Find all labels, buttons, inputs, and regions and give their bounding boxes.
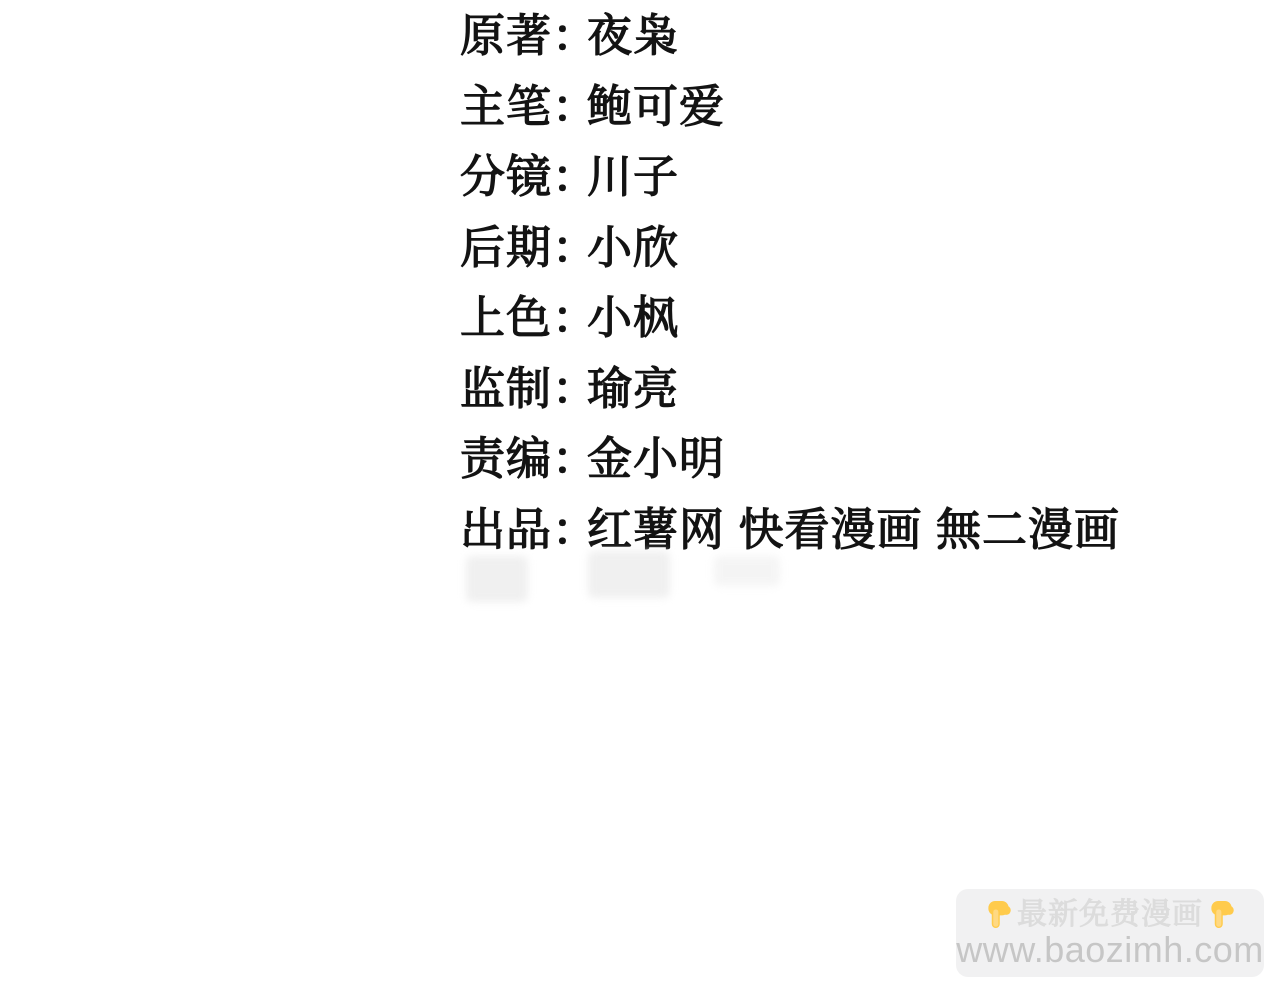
credit-name: 小枫 (587, 292, 679, 343)
watermark-url: www.baozimh.com (956, 932, 1264, 968)
credit-row: 出品：红薯网 快看漫画 無二漫画 (460, 495, 1120, 566)
credit-row: 后期：小欣 (460, 213, 1120, 284)
credit-row: 原著：夜枭 (460, 1, 1120, 72)
faded-text-remnant (588, 551, 670, 598)
credit-role-label: 主笔： (460, 72, 587, 143)
credit-name: 鲍可爱 (587, 81, 725, 132)
credit-row: 分镜：川子 (460, 142, 1120, 213)
credit-role-label: 后期： (460, 213, 587, 284)
faded-text-remnant (714, 556, 780, 586)
credit-role-label: 分镜： (460, 142, 587, 213)
credit-name: 红薯网 快看漫画 無二漫画 (587, 504, 1120, 555)
credit-name: 夜枭 (587, 10, 679, 61)
credit-row: 责编：金小明 (460, 424, 1120, 495)
watermark-title: 最新免费漫画 (1017, 899, 1203, 931)
credit-row: 主笔：鲍可爱 (460, 72, 1120, 143)
faded-text-remnant (466, 556, 528, 602)
credit-row: 监制：瑜亮 (460, 354, 1120, 425)
credit-row: 上色：小枫 (460, 283, 1120, 354)
credit-role-label: 上色： (460, 283, 587, 354)
credit-role-label: 原著： (460, 1, 587, 72)
credit-role-label: 责编： (460, 424, 587, 495)
watermark-badge: 最新免费漫画 www.baozimh.com (956, 889, 1264, 977)
credit-name: 金小明 (587, 433, 725, 484)
credit-role-label: 出品： (460, 495, 587, 566)
pointing-down-icon (985, 899, 1012, 930)
credit-name: 小欣 (587, 222, 679, 273)
credit-role-label: 监制： (460, 354, 587, 425)
watermark-title-row: 最新免费漫画 (985, 899, 1235, 931)
credits-list: 原著：夜枭 主笔：鲍可爱 分镜：川子 后期：小欣 上色：小枫 监制：瑜亮 责编：… (460, 1, 1120, 565)
pointing-down-icon (1208, 899, 1235, 930)
comic-credits-page: { "page": { "background_color": "#ffffff… (0, 0, 1280, 999)
credit-name: 川子 (587, 151, 679, 202)
credit-name: 瑜亮 (587, 363, 679, 414)
